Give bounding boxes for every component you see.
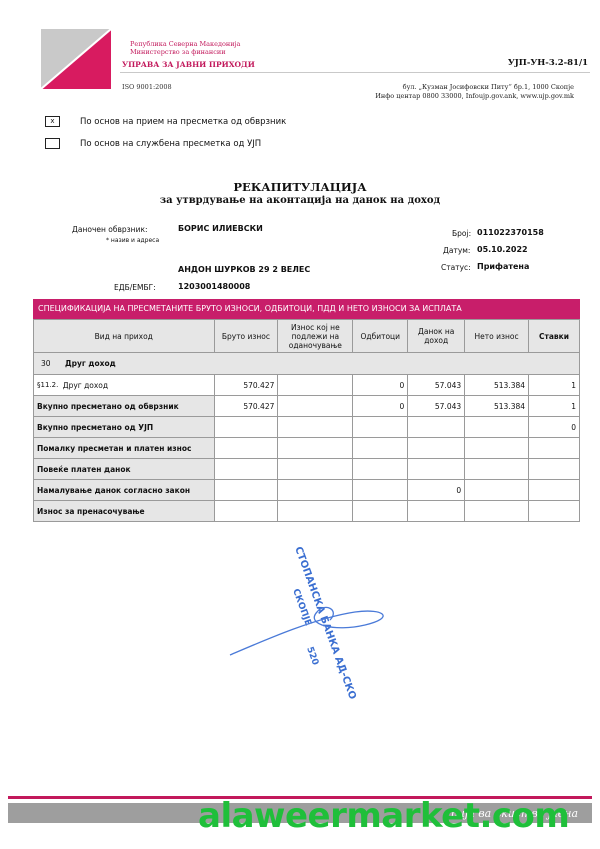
cell-gross: 570.427 — [214, 375, 278, 396]
specification-heading: СПЕЦИФИКАЦИЈА НА ПРЕСМЕТАНИТЕ БРУТО ИЗНО… — [33, 299, 580, 319]
checkbox-ujp[interactable] — [45, 138, 60, 149]
group-cell: 30 Друг доход — [34, 353, 580, 375]
checkbox-row-taxpayer[interactable]: x По основ на прием на пресметка од обвр… — [45, 116, 286, 127]
cell-gross — [214, 417, 278, 438]
number-value: 011022370158 — [477, 228, 544, 237]
edb-value: 1203001480008 — [178, 282, 250, 291]
table-row: Вкупно пресметано од обврзник 570.427 0 … — [34, 396, 580, 417]
table-header-row: Вид на приход Бруто износ Износ кој не п… — [34, 320, 580, 353]
cell-net — [465, 438, 529, 459]
specification-table: Вид на приход Бруто износ Износ кој не п… — [33, 319, 580, 522]
org-subtitle: Република Северна Македонија Министерств… — [130, 40, 240, 56]
date-value: 05.10.2022 — [477, 245, 528, 254]
cell-gross — [214, 459, 278, 480]
table-row: §11.2. Друг доход 570.427 0 57.043 513.3… — [34, 375, 580, 396]
date-label: Датум: — [443, 246, 470, 255]
cell-items — [529, 480, 580, 501]
cell-net — [465, 501, 529, 522]
cell-items — [529, 459, 580, 480]
item-label-cell: §11.2. Друг доход — [34, 375, 215, 396]
col-gross: Бруто износ — [214, 320, 278, 353]
cell-gross — [214, 501, 278, 522]
org-name: УПРАВА ЗА ЈАВНИ ПРИХОДИ — [122, 60, 255, 69]
number-label: Број: — [452, 229, 471, 238]
cell-tax: 57.043 — [408, 375, 465, 396]
cell-items — [529, 438, 580, 459]
table-row: Намалување данок согласно закон 0 — [34, 480, 580, 501]
taxpayer-sublabel: * назив и адреса — [106, 237, 159, 244]
cell-gross: 570.427 — [214, 396, 278, 417]
status-value: Прифатена — [477, 262, 529, 271]
col-net: Нето износ — [465, 320, 529, 353]
cell-tax — [408, 501, 465, 522]
table-row: Повеќе платен данок — [34, 459, 580, 480]
bank-stamp: СТОПАНСКА БАНКА АД-СКО. СКОПЈЕ 520 — [225, 540, 405, 700]
cell-net — [465, 459, 529, 480]
col-items: Ставки — [529, 320, 580, 353]
cell-tax — [408, 459, 465, 480]
cell-tax — [408, 417, 465, 438]
cell-net — [465, 417, 529, 438]
summary-label: Вкупно пресметано од УЈП — [34, 417, 215, 438]
status-label: Статус: — [441, 263, 471, 272]
cell-tax: 57.043 — [408, 396, 465, 417]
checkbox-taxpayer[interactable]: x — [45, 116, 60, 127]
group-row: 30 Друг доход — [34, 353, 580, 375]
table-row: Износ за пренасочување — [34, 501, 580, 522]
cell-deductions — [353, 417, 408, 438]
col-income-type: Вид на приход — [34, 320, 215, 353]
taxpayer-label: Даночен обврзник: — [72, 225, 148, 234]
cell-exempt — [278, 396, 353, 417]
cell-exempt — [278, 375, 353, 396]
cell-deductions: 0 — [353, 396, 408, 417]
cell-items: 1 — [529, 375, 580, 396]
address-line: бул. „Кузман Јосифовски Питу“ бр.1, 1000… — [375, 83, 574, 92]
edb-label: ЕДБ/ЕМБГ: — [114, 283, 156, 292]
document-subtitle: за утврдување на аконтација на данок на … — [0, 195, 600, 206]
contact-address: бул. „Кузман Јосифовски Питу“ бр.1, 1000… — [375, 83, 574, 101]
cell-tax: 0 — [408, 480, 465, 501]
cell-exempt — [278, 480, 353, 501]
summary-label: Помалку пресметан и платен износ — [34, 438, 215, 459]
table-row: Помалку пресметан и платен износ — [34, 438, 580, 459]
taxpayer-name: БОРИС ИЛИЕВСКИ — [178, 224, 263, 233]
checkbox-row-ujp[interactable]: По основ на службена пресметка од УЈП — [45, 138, 261, 149]
watermark: alaweermarket.com — [198, 796, 569, 836]
document-title: РЕКАПИТУЛАЦИЈА — [0, 180, 600, 194]
cell-items: 0 — [529, 417, 580, 438]
cell-exempt — [278, 417, 353, 438]
summary-label: Вкупно пресметано од обврзник — [34, 396, 215, 417]
form-code: УЈП-УН-3.2-81/1 — [508, 58, 588, 68]
checkbox-label: По основ на службена пресметка од УЈП — [80, 139, 261, 149]
item-code: §11.2. — [37, 381, 58, 389]
group-code: 30 — [41, 359, 51, 368]
ujp-logo — [41, 29, 111, 89]
cell-exempt — [278, 438, 353, 459]
col-deductions: Одбитоци — [353, 320, 408, 353]
cell-deductions — [353, 438, 408, 459]
info-line: Инфо центар 0800 33000, Infoujp.gov.ank,… — [375, 92, 574, 101]
cell-gross — [214, 480, 278, 501]
cell-items — [529, 501, 580, 522]
header-divider — [120, 72, 590, 73]
cell-tax — [408, 438, 465, 459]
cell-deductions — [353, 501, 408, 522]
cell-items: 1 — [529, 396, 580, 417]
checkbox-label: По основ на прием на пресметка од обврзн… — [80, 117, 286, 127]
taxpayer-address: АНДОН ШУРКОВ 29 2 ВЕЛЕС — [178, 265, 310, 274]
col-tax: Данок на доход — [408, 320, 465, 353]
cell-net — [465, 480, 529, 501]
item-label: Друг доход — [63, 381, 108, 390]
table-row: Вкупно пресметано од УЈП 0 — [34, 417, 580, 438]
stamp-text-number: 520 — [304, 646, 320, 667]
ministry-name: Министерство за финансии — [130, 48, 240, 56]
summary-label: Повеќе платен данок — [34, 459, 215, 480]
cell-exempt — [278, 459, 353, 480]
cell-deductions — [353, 480, 408, 501]
cell-net: 513.384 — [465, 396, 529, 417]
cell-deductions: 0 — [353, 375, 408, 396]
summary-label: Намалување данок согласно закон — [34, 480, 215, 501]
cell-deductions — [353, 459, 408, 480]
republic-name: Република Северна Македонија — [130, 40, 240, 48]
col-exempt: Износ кој не подлежи на оданочување — [278, 320, 353, 353]
summary-label: Износ за пренасочување — [34, 501, 215, 522]
group-label: Друг доход — [65, 359, 116, 368]
cell-net: 513.384 — [465, 375, 529, 396]
cell-gross — [214, 438, 278, 459]
cell-exempt — [278, 501, 353, 522]
iso-label: ISO 9001:2008 — [122, 83, 172, 91]
